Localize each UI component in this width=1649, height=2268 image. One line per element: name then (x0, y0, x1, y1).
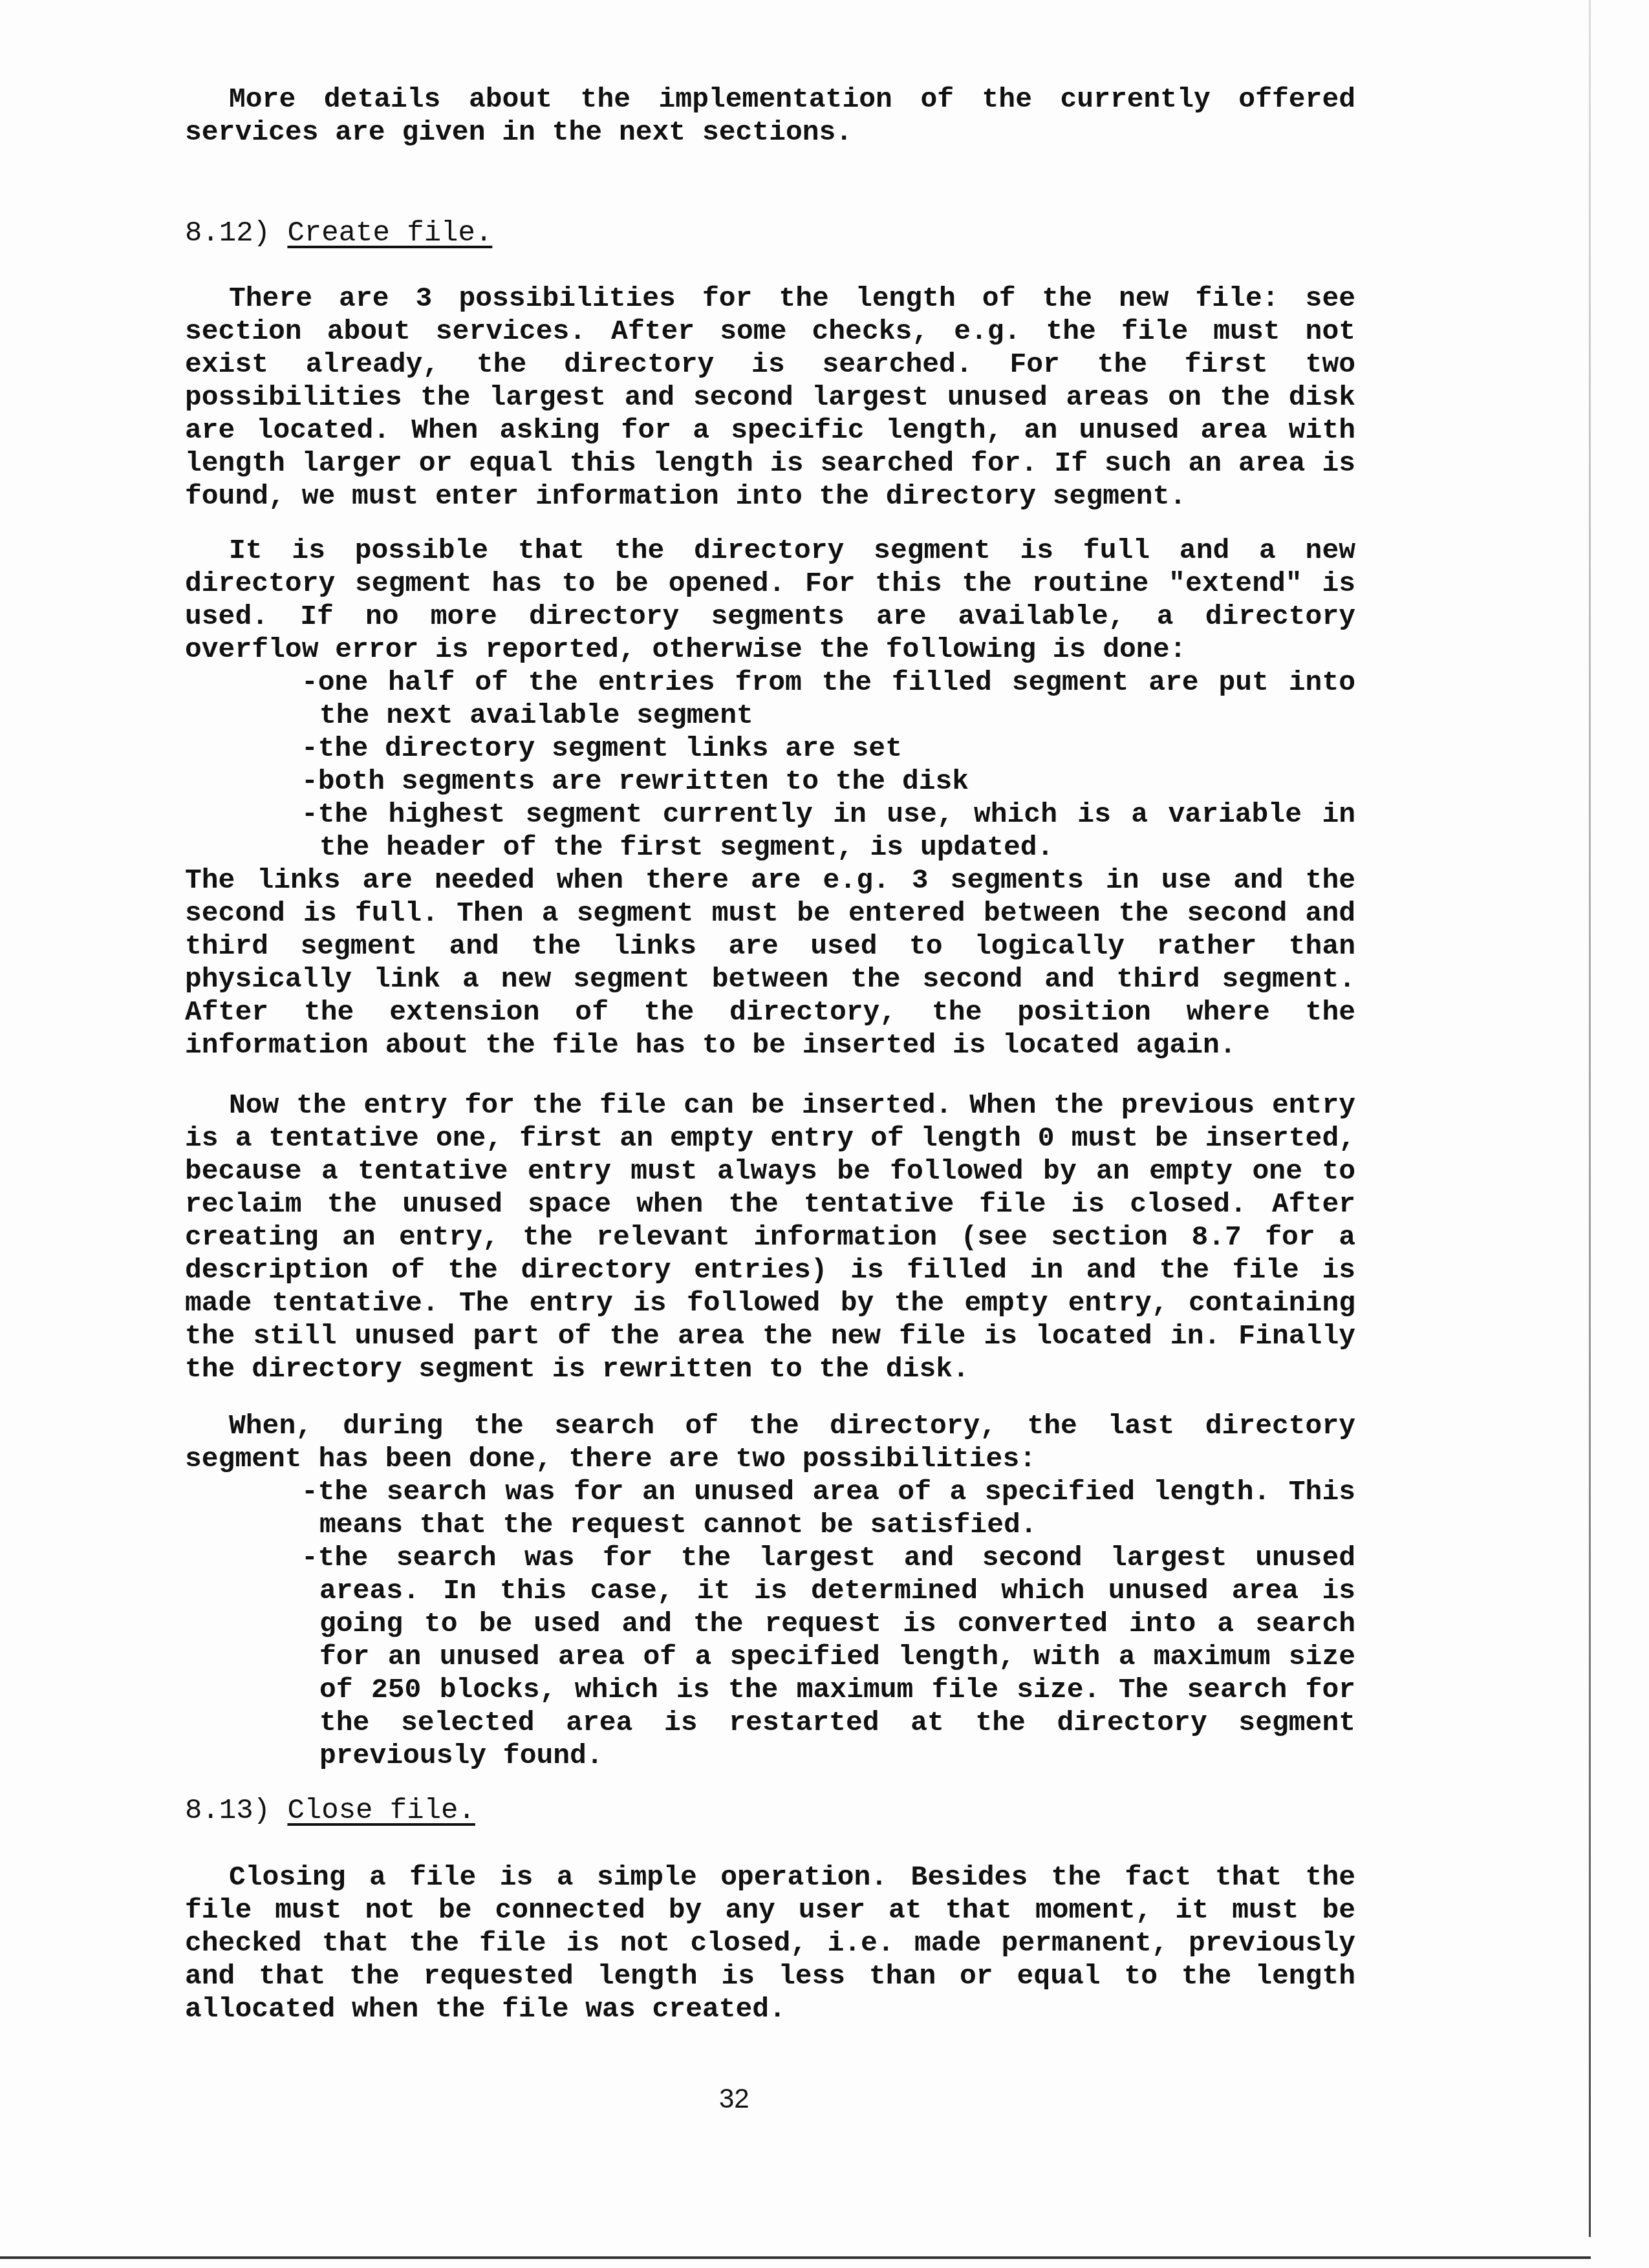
section-heading-8-13: 8.13) Close file. (185, 1795, 475, 1828)
intro-paragraph: More details about the implementation of… (185, 83, 1355, 149)
paragraph: Now the entry for the file can be insert… (185, 1089, 1355, 1385)
list-item: the search was for an unused area of a s… (301, 1475, 1355, 1541)
list-item: the highest segment currently in use, wh… (301, 798, 1355, 864)
section-8-12-paragraph-4: When, during the search of the directory… (185, 1409, 1355, 1772)
section-heading-8-12: 8.12) Create file. (185, 217, 492, 250)
section-number: 8.12) (185, 217, 270, 250)
list-item: the search was for the largest and secon… (301, 1541, 1355, 1772)
paragraph: The links are needed when there are e.g.… (185, 864, 1355, 1062)
section-8-12-paragraph-2: It is possible that the directory segmen… (185, 534, 1355, 1062)
section-title: Create file. (287, 217, 492, 250)
paragraph: There are 3 possibilities for the length… (185, 282, 1355, 513)
section-title: Close file. (287, 1795, 475, 1827)
document-page: More details about the implementation of… (0, 0, 1649, 2268)
section-8-12-paragraph-1: There are 3 possibilities for the length… (185, 282, 1355, 513)
search-possibilities-list: the search was for an unused area of a s… (185, 1475, 1355, 1772)
page-number: 32 (719, 2082, 749, 2115)
intro-block: More details about the implementation of… (185, 83, 1355, 149)
list-item: one half of the entries from the filled … (301, 666, 1355, 732)
section-8-12-paragraph-3: Now the entry for the file can be insert… (185, 1089, 1355, 1385)
paragraph: It is possible that the directory segmen… (185, 534, 1355, 666)
list-item: both segments are rewritten to the disk (301, 765, 1355, 798)
paragraph: When, during the search of the directory… (185, 1409, 1355, 1475)
section-number: 8.13) (185, 1795, 270, 1827)
section-8-13-paragraph-1: Closing a file is a simple operation. Be… (185, 1861, 1355, 2026)
list-item: the directory segment links are set (301, 732, 1355, 765)
page-edge-right (1589, 0, 1591, 2237)
page-edge-bottom (0, 2256, 1591, 2259)
paragraph: Closing a file is a simple operation. Be… (185, 1861, 1355, 2026)
extend-steps-list: one half of the entries from the filled … (185, 666, 1355, 864)
